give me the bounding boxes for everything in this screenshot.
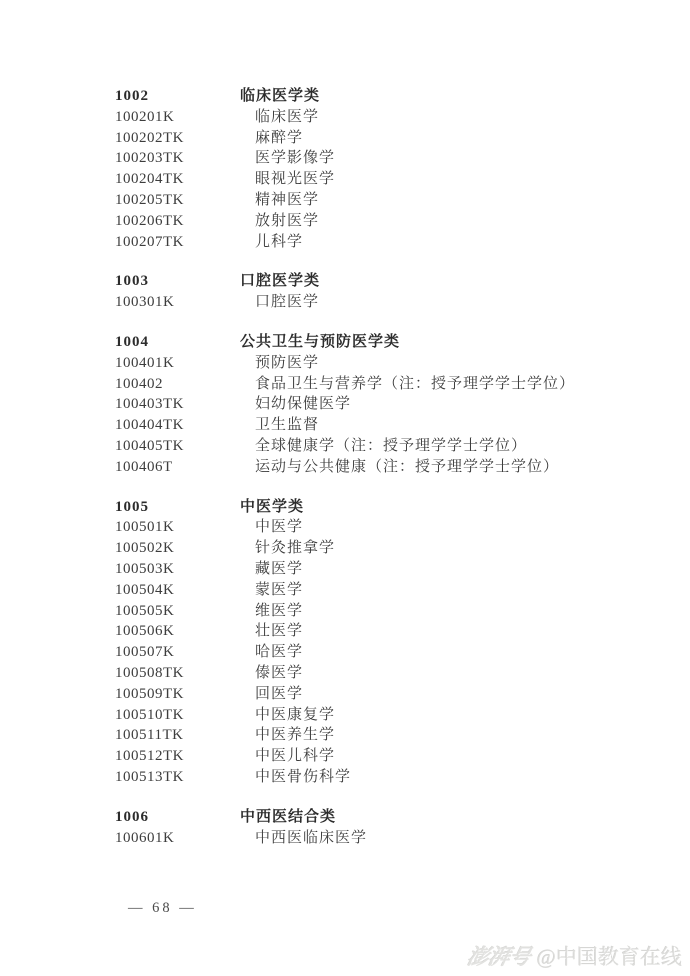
major-code: 100505K (115, 601, 240, 622)
major-row: 100404TK卫生监督 (115, 415, 635, 436)
major-name: 儿科学 (240, 232, 303, 253)
major-name: 回医学 (240, 684, 303, 705)
major-code: 100202TK (115, 128, 240, 149)
watermark: 澎湃号@中国教育在线 (468, 941, 682, 971)
category-code: 1002 (115, 86, 240, 107)
major-row: 100402食品卫生与营养学（注：授予理学学士学位） (115, 374, 635, 395)
major-row: 100406T运动与公共健康（注：授予理学学士学位） (115, 457, 635, 478)
major-name: 藏医学 (240, 559, 303, 580)
major-code: 100406T (115, 457, 240, 478)
major-row: 100507K哈医学 (115, 642, 635, 663)
category-header-row: 1006中西医结合类 (115, 807, 635, 828)
major-code: 100513TK (115, 767, 240, 788)
category-header-row: 1004公共卫生与预防医学类 (115, 332, 635, 353)
major-name: 针灸推拿学 (240, 538, 335, 559)
major-row: 100504K蒙医学 (115, 580, 635, 601)
major-row: 100601K中西医临床医学 (115, 828, 635, 849)
category-header-row: 1005中医学类 (115, 497, 635, 518)
watermark-account: @中国教育在线 (537, 945, 682, 969)
category-code: 1003 (115, 271, 240, 292)
major-name: 中医儿科学 (240, 746, 335, 767)
category-code: 1005 (115, 497, 240, 518)
major-row: 100401K预防医学 (115, 353, 635, 374)
major-name: 卫生监督 (240, 415, 319, 436)
major-name: 精神医学 (240, 190, 319, 211)
major-code: 100402 (115, 374, 240, 395)
major-catalog: 1002临床医学类100201K临床医学100202TK麻醉学100203TK医… (115, 86, 635, 848)
major-name: 中西医临床医学 (240, 828, 367, 849)
major-row: 100207TK儿科学 (115, 232, 635, 253)
major-row: 100501K中医学 (115, 517, 635, 538)
major-name: 中医骨伤科学 (240, 767, 351, 788)
major-name: 全球健康学（注：授予理学学士学位） (240, 436, 527, 457)
category-name: 中西医结合类 (240, 807, 336, 828)
major-code: 100507K (115, 642, 240, 663)
major-code: 100206TK (115, 211, 240, 232)
major-code: 100506K (115, 621, 240, 642)
major-name: 运动与公共健康（注：授予理学学士学位） (240, 457, 559, 478)
major-code: 100502K (115, 538, 240, 559)
category-code: 1004 (115, 332, 240, 353)
major-code: 100204TK (115, 169, 240, 190)
major-name: 傣医学 (240, 663, 303, 684)
major-name: 中医养生学 (240, 725, 335, 746)
major-name: 蒙医学 (240, 580, 303, 601)
major-code: 100508TK (115, 663, 240, 684)
major-row: 100201K临床医学 (115, 107, 635, 128)
major-row: 100301K口腔医学 (115, 292, 635, 313)
major-row: 100503K藏医学 (115, 559, 635, 580)
major-row: 100502K针灸推拿学 (115, 538, 635, 559)
major-code: 100404TK (115, 415, 240, 436)
major-row: 100512TK中医儿科学 (115, 746, 635, 767)
major-row: 100205TK精神医学 (115, 190, 635, 211)
category-name: 口腔医学类 (240, 271, 320, 292)
major-row: 100405TK全球健康学（注：授予理学学士学位） (115, 436, 635, 457)
major-row: 100204TK眼视光医学 (115, 169, 635, 190)
major-name: 壮医学 (240, 621, 303, 642)
major-name: 麻醉学 (240, 128, 303, 149)
major-row: 100203TK医学影像学 (115, 148, 635, 169)
major-row: 100403TK妇幼保健医学 (115, 394, 635, 415)
major-code: 100511TK (115, 725, 240, 746)
major-code: 100207TK (115, 232, 240, 253)
major-row: 100509TK回医学 (115, 684, 635, 705)
category-name: 公共卫生与预防医学类 (240, 332, 400, 353)
category-header-row: 1003口腔医学类 (115, 271, 635, 292)
major-code: 100405TK (115, 436, 240, 457)
major-code: 100403TK (115, 394, 240, 415)
major-row: 100505K维医学 (115, 601, 635, 622)
major-row: 100510TK中医康复学 (115, 705, 635, 726)
major-name: 维医学 (240, 601, 303, 622)
major-row: 100508TK傣医学 (115, 663, 635, 684)
category-header-row: 1002临床医学类 (115, 86, 635, 107)
major-name: 临床医学 (240, 107, 319, 128)
major-code: 100601K (115, 828, 240, 849)
watermark-brand-logo: 澎湃号 (464, 941, 533, 971)
major-row: 100506K壮医学 (115, 621, 635, 642)
document-page: 1002临床医学类100201K临床医学100202TK麻醉学100203TK医… (0, 0, 690, 976)
major-code: 100504K (115, 580, 240, 601)
major-name: 哈医学 (240, 642, 303, 663)
major-name: 中医康复学 (240, 705, 335, 726)
category-section: 1006中西医结合类100601K中西医临床医学 (115, 807, 635, 849)
category-name: 中医学类 (240, 497, 304, 518)
major-row: 100511TK中医养生学 (115, 725, 635, 746)
major-code: 100205TK (115, 190, 240, 211)
major-name: 医学影像学 (240, 148, 335, 169)
major-code: 100503K (115, 559, 240, 580)
category-name: 临床医学类 (240, 86, 320, 107)
major-name: 食品卫生与营养学（注：授予理学学士学位） (240, 374, 575, 395)
major-row: 100202TK麻醉学 (115, 128, 635, 149)
major-name: 预防医学 (240, 353, 319, 374)
major-row: 100513TK中医骨伤科学 (115, 767, 635, 788)
major-code: 100401K (115, 353, 240, 374)
category-code: 1006 (115, 807, 240, 828)
major-name: 中医学 (240, 517, 303, 538)
major-code: 100201K (115, 107, 240, 128)
major-code: 100509TK (115, 684, 240, 705)
major-code: 100501K (115, 517, 240, 538)
category-section: 1002临床医学类100201K临床医学100202TK麻醉学100203TK医… (115, 86, 635, 252)
major-code: 100301K (115, 292, 240, 313)
category-section: 1003口腔医学类100301K口腔医学 (115, 271, 635, 313)
page-number: — 68 — (128, 900, 197, 917)
major-name: 口腔医学 (240, 292, 319, 313)
major-name: 放射医学 (240, 211, 319, 232)
major-name: 眼视光医学 (240, 169, 335, 190)
major-name: 妇幼保健医学 (240, 394, 351, 415)
category-section: 1004公共卫生与预防医学类100401K预防医学100402食品卫生与营养学（… (115, 332, 635, 478)
major-code: 100512TK (115, 746, 240, 767)
major-code: 100510TK (115, 705, 240, 726)
major-code: 100203TK (115, 148, 240, 169)
major-row: 100206TK放射医学 (115, 211, 635, 232)
category-section: 1005中医学类100501K中医学100502K针灸推拿学100503K藏医学… (115, 497, 635, 788)
